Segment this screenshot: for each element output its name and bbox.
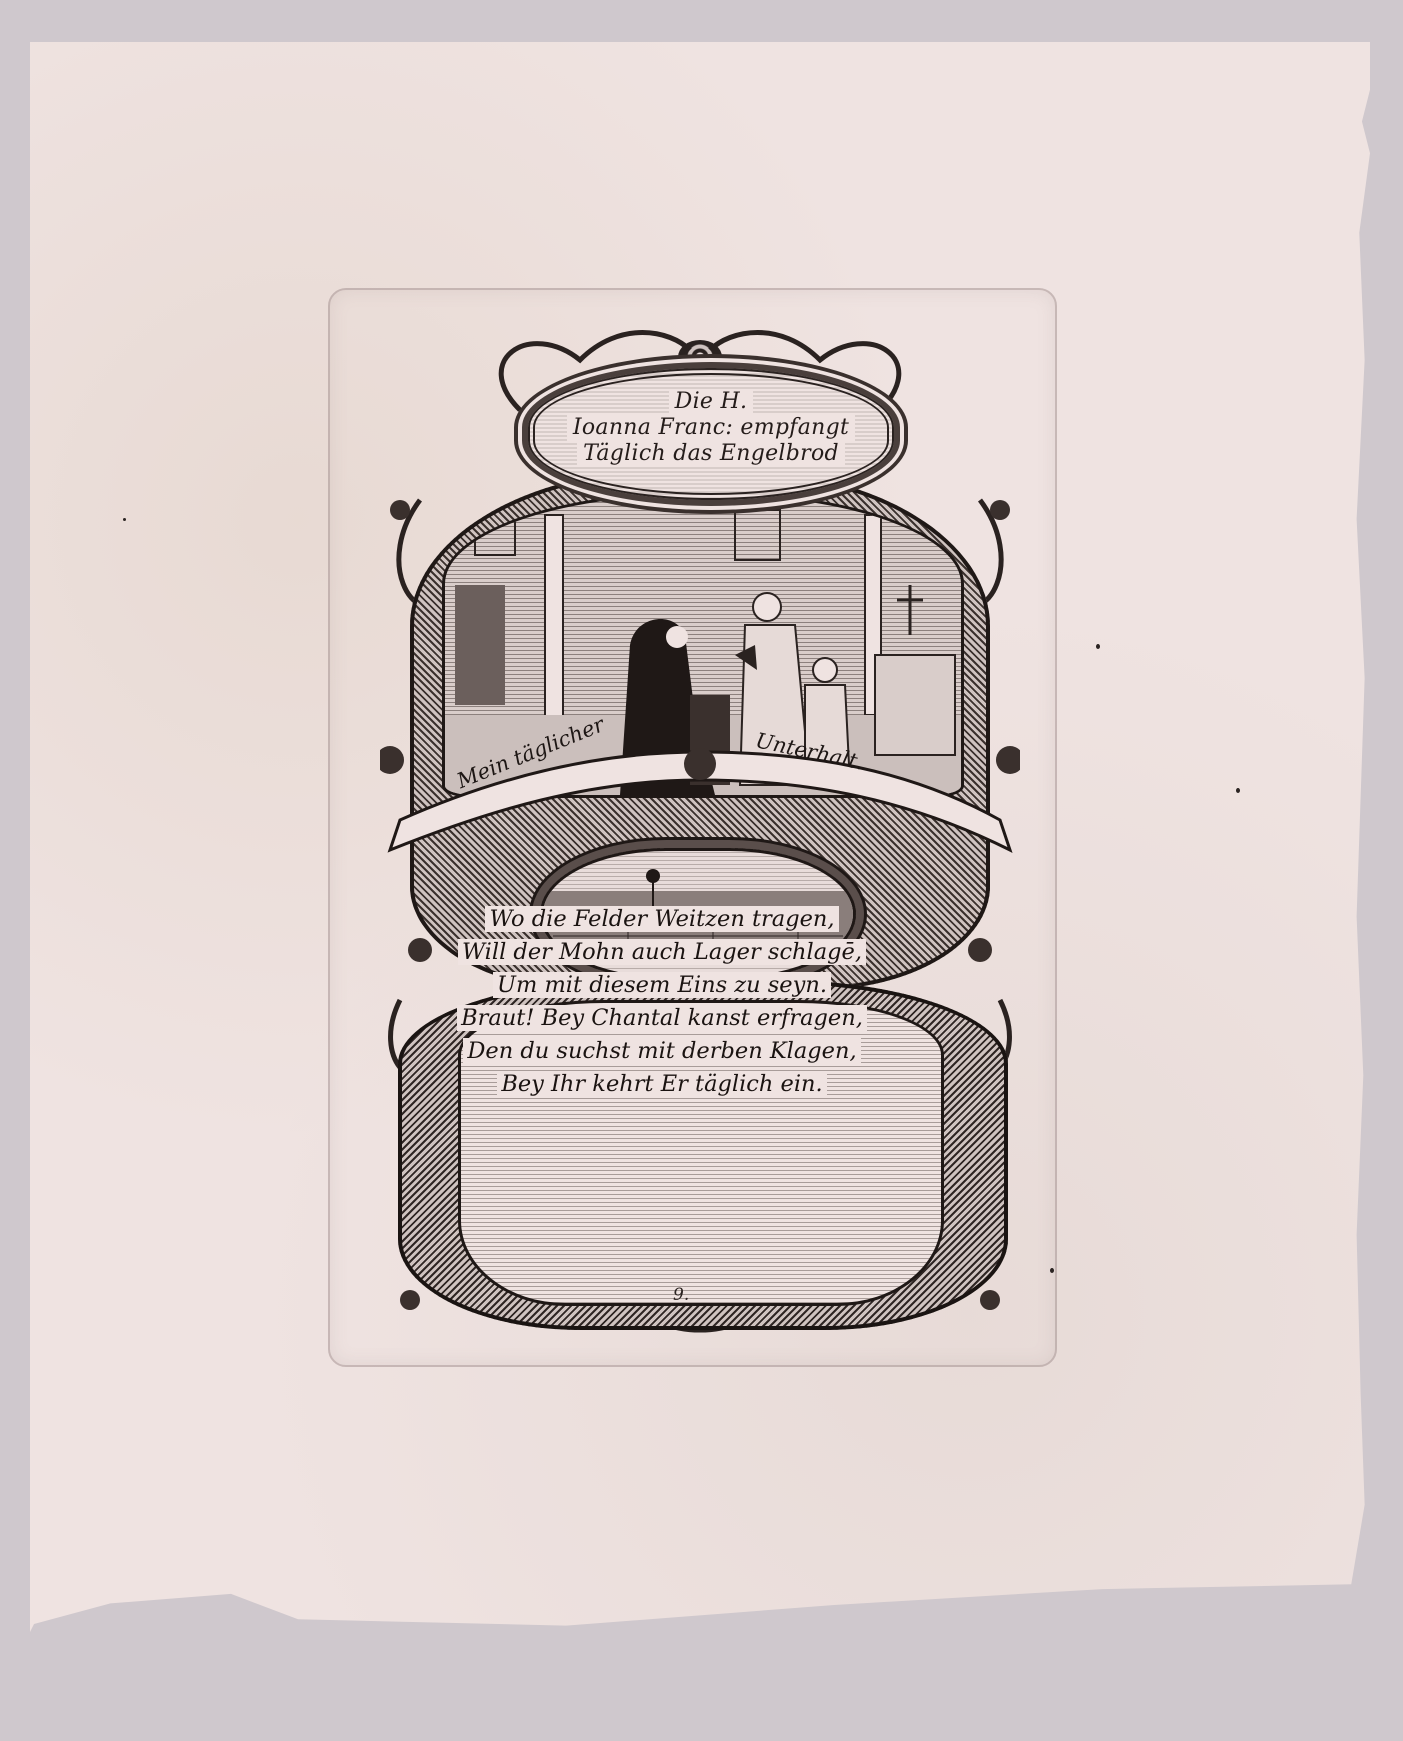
verse-line: Will der Mohn auch Lager schlagē,	[452, 936, 872, 969]
verse-text: Wo die Felder Weitzen tragen, Will der M…	[452, 903, 872, 1101]
verse-line: Braut! Bey Chantal kanst erfragen,	[452, 1002, 872, 1035]
title-line-1: Die H.	[669, 389, 754, 415]
plate-number: 9.	[673, 1285, 689, 1305]
paper-speck	[1236, 788, 1240, 793]
paper-speck	[123, 518, 126, 521]
paper-speck	[1050, 1268, 1054, 1273]
title-cartouche: Die H. Ioanna Franc: empfangt Täglich da…	[528, 368, 894, 500]
verse-line: Bey Ihr kehrt Er täglich ein.	[452, 1068, 872, 1101]
title-line-3: Täglich das Engelbrod	[577, 441, 845, 467]
verse-line: Wo die Felder Weitzen tragen,	[452, 903, 872, 936]
verse-line: Um mit diesem Eins zu seyn.	[452, 969, 872, 1002]
motto-ribbon	[370, 740, 1030, 860]
engraving: Die H. Ioanna Franc: empfangt Täglich da…	[380, 300, 1020, 1350]
title-line-2: Ioanna Franc: empfangt	[567, 415, 855, 441]
paper-speck	[1096, 644, 1100, 649]
verse-line: Den du suchst mit derben Klagen,	[452, 1035, 872, 1068]
